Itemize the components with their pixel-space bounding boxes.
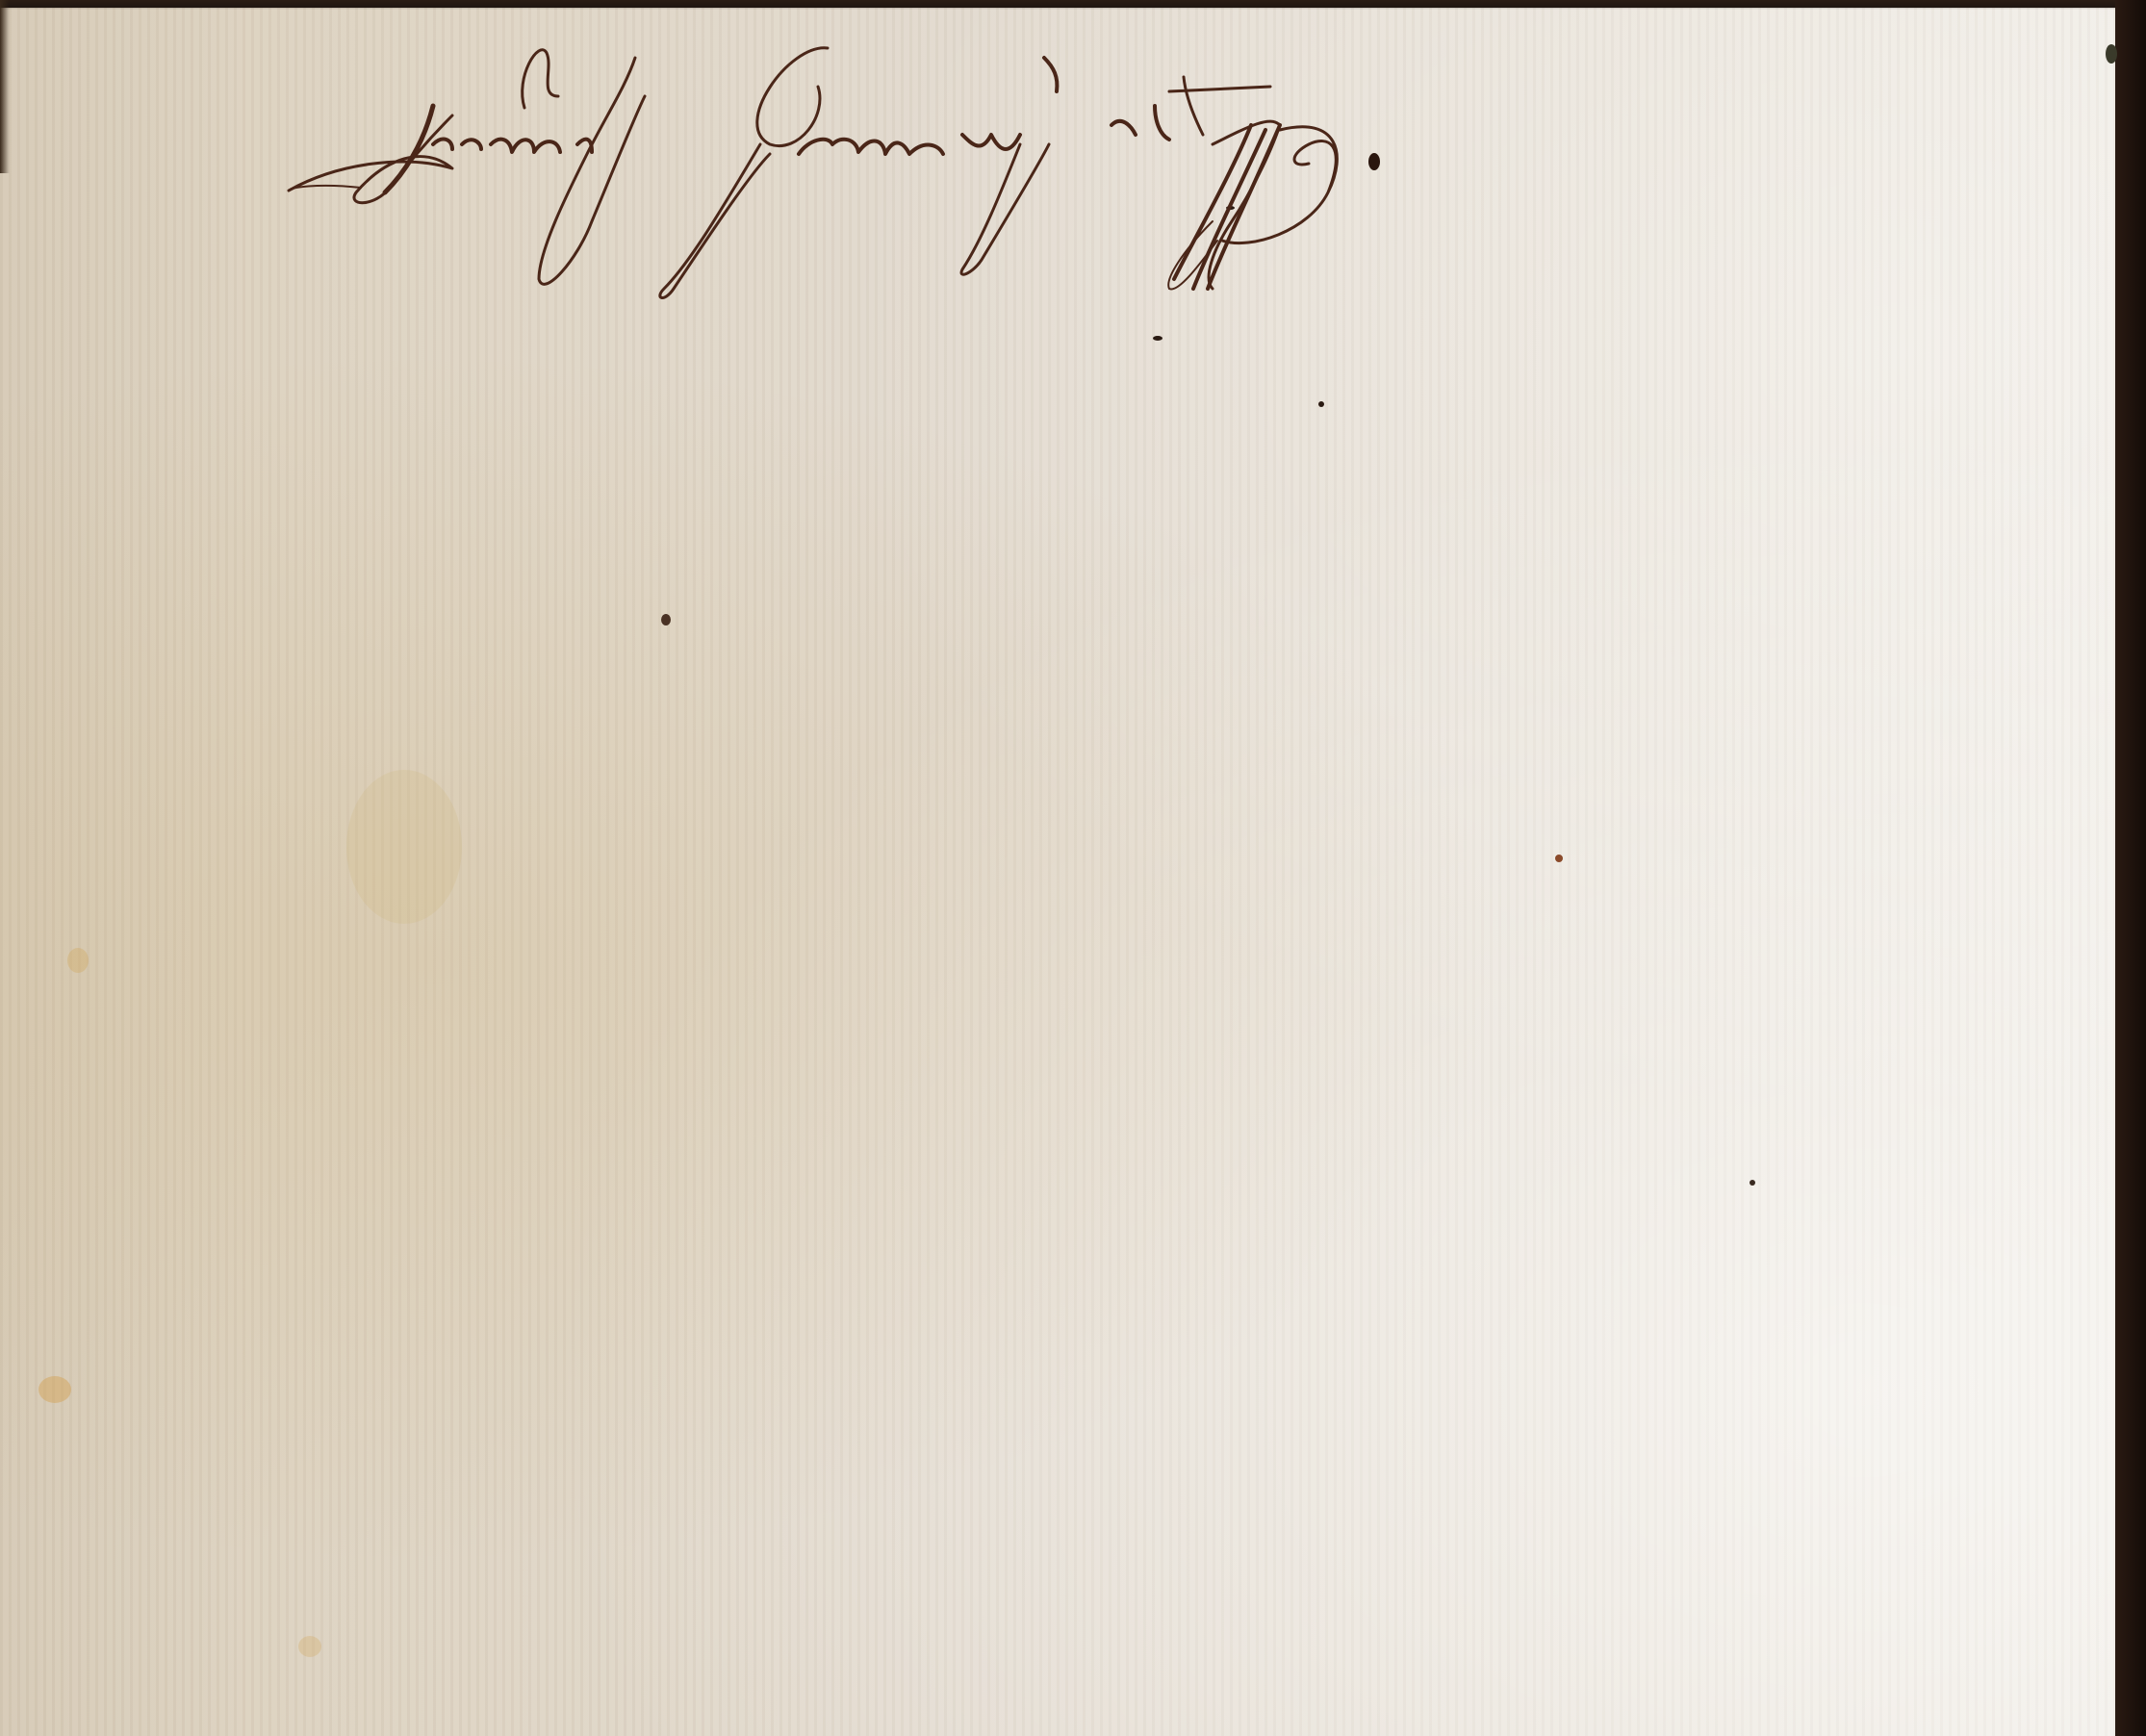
handwritten-signature (0, 0, 2146, 1736)
trailing-period (1368, 153, 1380, 170)
